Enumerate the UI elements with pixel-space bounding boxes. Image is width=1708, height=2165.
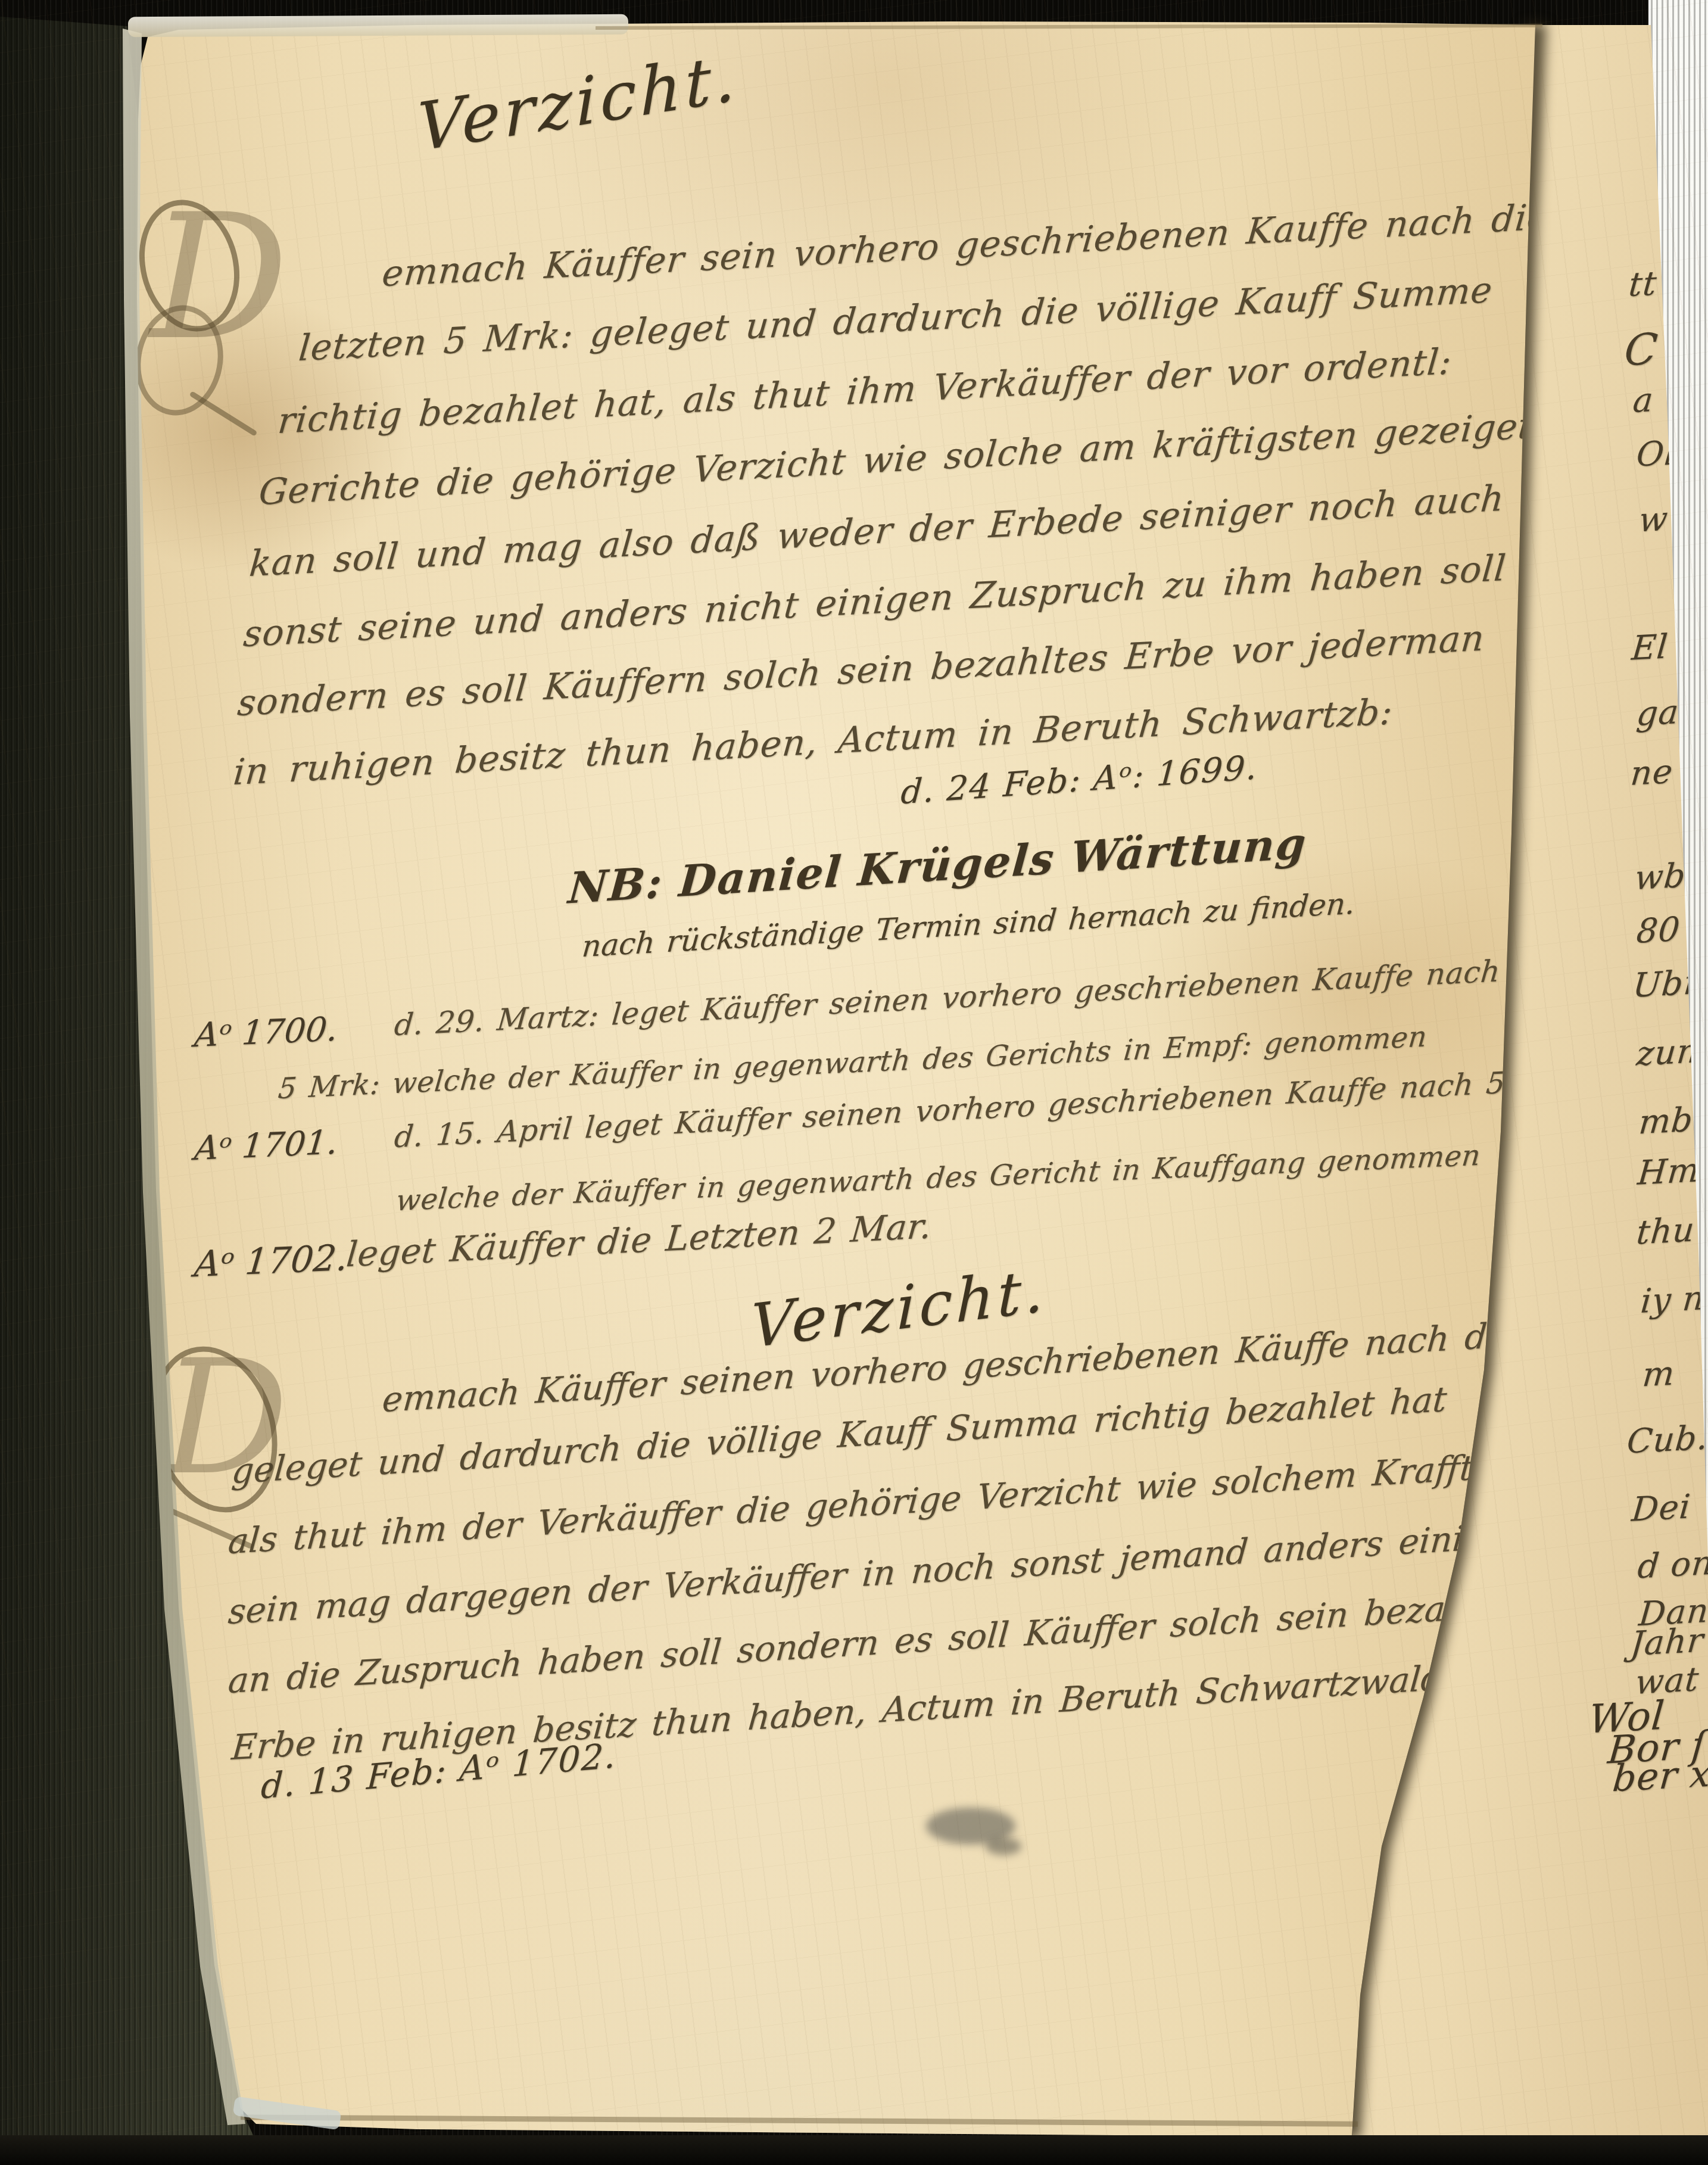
initial-flourish-tail xyxy=(189,391,257,437)
date-line: d. 24 Feb: Aᵒ: 1699. xyxy=(899,748,1259,812)
margin-year: Aᵒ 1700. xyxy=(193,1010,339,1055)
margin-year: Aᵒ 1701. xyxy=(193,1123,339,1169)
paragraph-initial: D xyxy=(150,200,289,356)
entry-line: welche der Käuffer in gegenwarth des Ger… xyxy=(394,1139,1482,1218)
page-title-verzicht: Verzicht. xyxy=(417,39,739,167)
margin-year: Aᵒ 1702. xyxy=(192,1237,350,1286)
manuscript-book-scan: tt C a Ol w El ga ne wb 80 Ubr zun mb Hm… xyxy=(0,0,1708,2165)
scan-bottom-black-band xyxy=(0,2135,1708,2165)
